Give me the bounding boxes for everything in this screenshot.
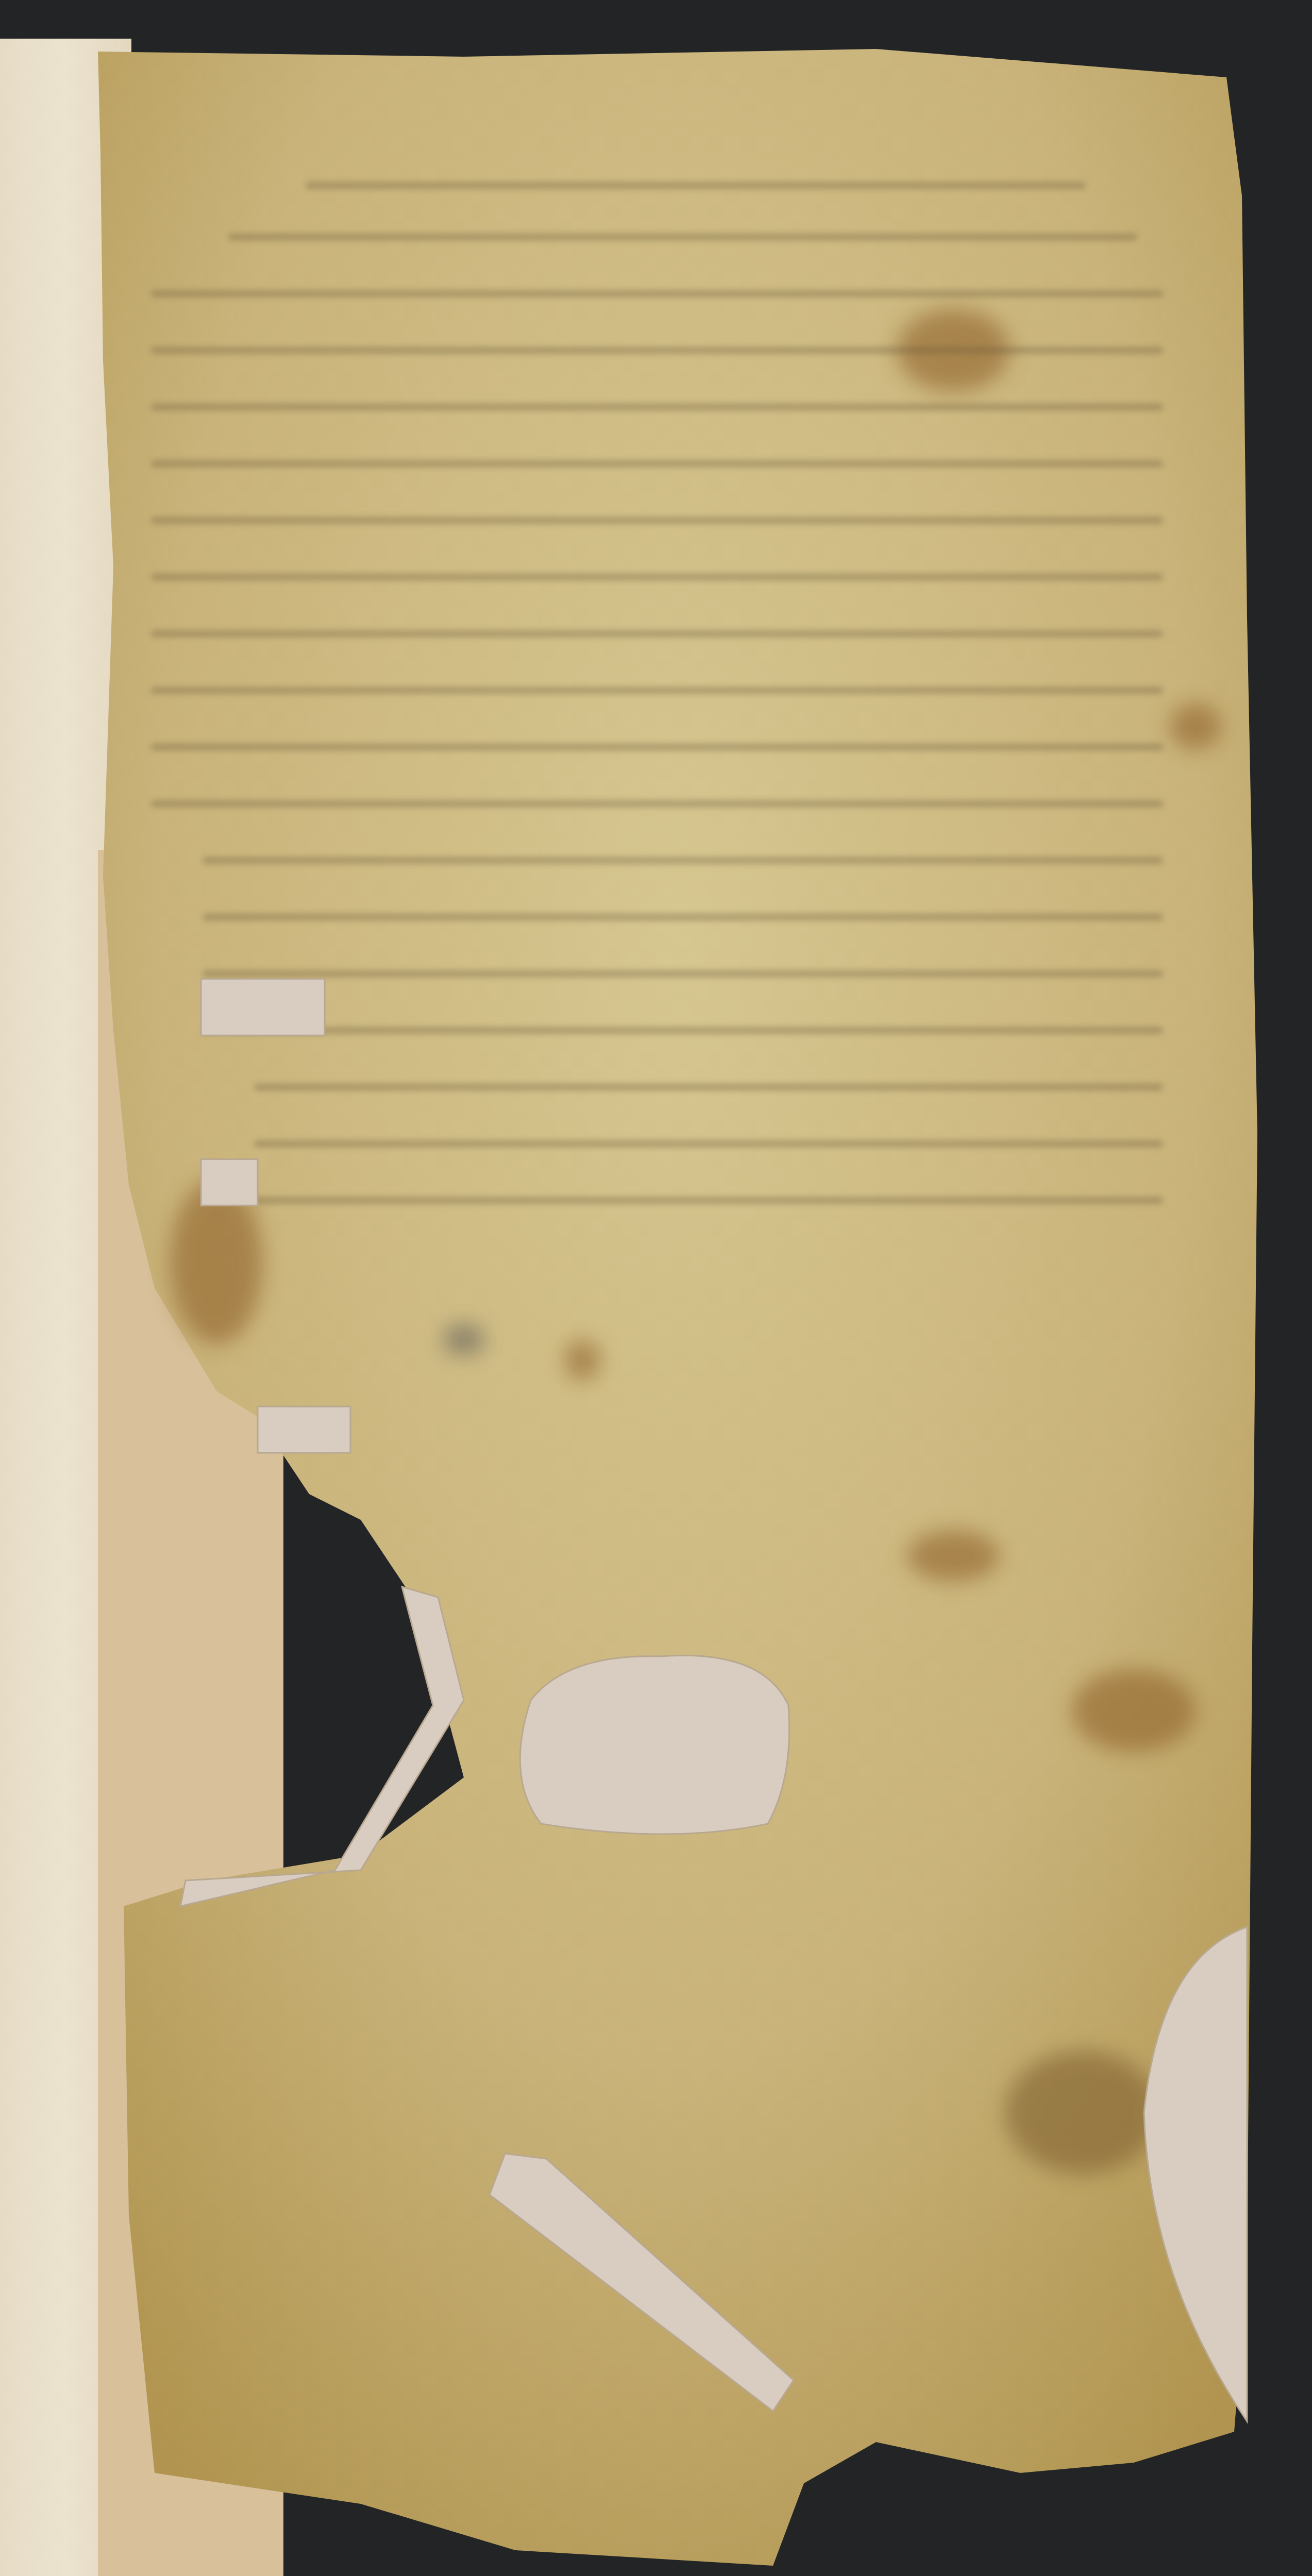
small-left-patch-3 xyxy=(258,1406,350,1453)
parchment-leaf xyxy=(0,0,1312,2576)
parchment-shape xyxy=(98,49,1257,2566)
oval-patch xyxy=(520,1655,789,1834)
small-left-patch-1 xyxy=(201,979,325,1036)
small-left-patch-2 xyxy=(201,1159,258,1206)
